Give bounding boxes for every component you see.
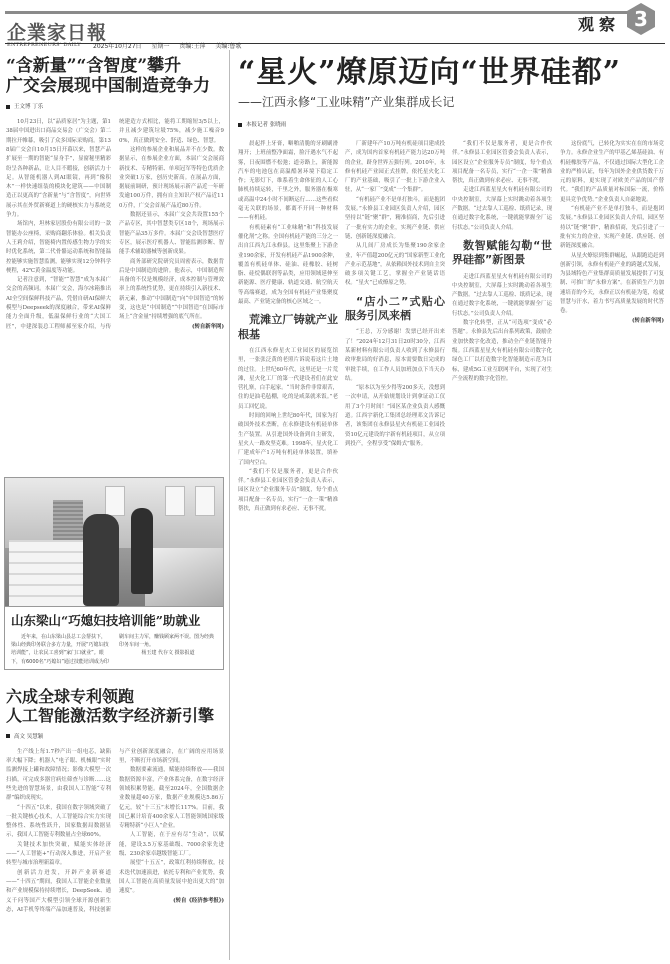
paragraph: 走进江西蓝星星火有机硅有限公司的中央控制室，大屏幕上实时跳动着各项生产数据。“过… (452, 273, 552, 319)
issue-date: 2025年10月27日 (93, 43, 142, 50)
paragraph: “原本以为至少得等200多天，没想到一次申请，从开始规划设计到拿证动工仅用了3个… (345, 384, 445, 449)
article-headline: 六成全球专利领跑 人工智能激活数字经济新引擎 (6, 688, 224, 726)
article-subheadline: ——江西永修“工业味精”产业集群成长记 (238, 93, 666, 110)
paragraph: 关键技术加快突破，赋能实体经济——“人工智能+”行动深入推进，开启产业转型与城市… (6, 841, 111, 869)
byline-text: 高文 吴慧颖 (14, 734, 43, 740)
silicon-col-3: “我们不仅是服务者，更是合作伙伴。”永修县工业园区管委会负责人表示，园区设立“企… (452, 140, 552, 960)
article-ai: 六成全球专利领跑 人工智能激活数字经济新引擎 高文 吴慧颖 生产线上每1.7秒产… (6, 688, 224, 960)
paragraph: 生产线上每1.7秒产出一组电芯，缺陷率大幅下降；机器人“电子眼、机械眼”实时监测… (6, 748, 111, 804)
headline-line: 广交会展现中国制造竞争力 (6, 76, 224, 96)
paragraph: 时间的回响上世纪80年代，国家为打破国外技术垄断，在永修建设有机硅单体生产装置。… (238, 412, 338, 468)
headline-line: 六成全球专利领跑 (6, 688, 224, 707)
paragraph: 展望“十五五”，政策红利持续释放，技术迭代加速演进，依托专利和产业优势，我国人工… (119, 859, 224, 896)
paragraph: “我们不仅是服务者，更是合作伙伴。”永修县工业园区管委会负责人表示，园区设立“企… (238, 468, 338, 514)
photo-window (105, 486, 125, 516)
square-bullet-icon (6, 105, 10, 109)
photo-window (165, 486, 185, 516)
article-canton-fair: “含新量”“含智度”攀升 广交会展现中国制造竞争力 王文博 丁乐 10月23日，… (6, 56, 224, 498)
paragraph: 从星火燎原到集群崛起，从跟跑追赶到创新引领，永修有机硅产业的跨越式发展，为县域特… (560, 252, 664, 317)
headline-line: 人工智能激活数字经济新引擎 (6, 707, 224, 726)
section-title: 观察 (578, 12, 620, 35)
photo-caption-box: 山东梁山“巧媳妇技培训能”助就业 近年来，在山东梁山县总工会帮扶下，梁山经典印务… (4, 607, 224, 670)
byline: 高文 吴慧颖 (6, 732, 224, 740)
paragraph: “王总，万分感谢！发票已经开出来了！”2024年12月31日20时30分，江西某… (345, 328, 445, 384)
photo-caption-title: 山东梁山“巧媳妇技培训能”助就业 (11, 611, 217, 629)
photo-credit: 杨玉建 代存文 摄影报道 (119, 649, 217, 657)
paragraph: “有机硅产业不是单打独斗，而是抱团发展。”永修县工业园区负责人介绍，园区坚持以“… (345, 196, 445, 242)
paragraph: 走进江西蓝星星火有机硅有限公司的中央控制室，大屏幕上实时跳动着各项生产数据。“过… (452, 186, 552, 232)
square-bullet-icon (6, 734, 10, 738)
masthead: 企業家日報 ENTREPRENEURS' DAILY 2025年10月27日 星… (5, 14, 665, 46)
article-headline: “星火”燎原迈向“世界硅都” (238, 55, 666, 90)
paragraph: 10月23日，以“品质家居”为主题，第138届中国进出口商品交易会（广交会）第二… (6, 118, 111, 220)
photo-workbench (145, 548, 224, 606)
headline-line: “含新量”“含智度”攀升 (6, 56, 224, 76)
photo-window (195, 486, 215, 516)
paragraph: “我们不仅是服务者，更是合作伙伴。”永修县工业园区管委会负责人表示，园区设立“企… (452, 140, 552, 186)
article-headline: “含新量”“含智度”攀升 广交会展现中国制造竞争力 (6, 56, 224, 96)
paragraph: 数字化转型，正从“可选项”变成“必答题”。永修县先后出台系列政策，鼓励企业加快数… (452, 319, 552, 384)
page-number-badge: 3 (625, 2, 657, 36)
paragraph: 人工智能，在于应有尽“生动”，以赋能，建设3.5万家基础级、7000余家先进级、… (119, 831, 224, 859)
paragraph: 这份底气，已转化为实实在在的市场竞争力。永修企业生产的甲基乙烯基硅油、有机硅橡胶… (560, 140, 664, 205)
page-number: 3 (625, 7, 657, 31)
article-body: 10月23日，以“品质家居”为主题，第138届中国进出口商品交易会（广交会）第二… (6, 118, 224, 498)
square-bullet-icon (238, 123, 242, 127)
paragraph: 数据还显示，本届广交会共设置155个产品专区，其中智慧类专区18个，现场展示智能… (119, 211, 224, 257)
paragraph: 从几间厂房成长为集聚190余家企业，年产值超200亿元的“国家新型工业化产业示范… (345, 242, 445, 288)
newspaper-logo: 企業家日報 (7, 18, 107, 45)
article-silicon: “星火”燎原迈向“世界硅都” ——江西永修“工业味精”产业集群成长记 本报记者 … (238, 55, 666, 136)
silicon-col-1: 晨起拌上牙膏，噼啪清脆的牙刷刷滑翔开；上班前整净面霜，脸汗遇水气不起雾，日夜围燃… (238, 140, 338, 960)
byline-text: 王文博 丁乐 (14, 104, 43, 110)
photo-caption-text: 近年来，在山东梁山县总工会帮扶下，梁山经典印务联合多方力量，开展“巧媳妇技培训能… (11, 633, 217, 666)
issue-weekday: 星期一 (151, 43, 169, 50)
byline: 王文博 丁乐 (6, 102, 224, 110)
editor-credit: 责编:王萍 (179, 43, 205, 50)
paragraph: 场馆内，坦林家居股份有限公司的一款智能办公座椅，采购商翻乐体验。相关负责人王莉介… (6, 220, 111, 276)
paragraph: 在江西永修星火工业园区的展览馆里，一张张泛黄的老照片诉说着这片土地的过往。上世纪… (238, 347, 338, 412)
silicon-col-4: 这份底气，已转化为实实在在的市场竞争力。永修企业生产的甲基乙烯基硅油、有机硅橡胶… (560, 140, 664, 960)
section-subheading: “店小二”式贴心服务引凤来栖 (345, 295, 445, 324)
photo-door (53, 500, 83, 540)
paragraph: “十四五”以来，我国在数字领域突破了一批关键核心技术，人工智能综合实力实现整体性… (6, 804, 111, 841)
paragraph: 数据要素流通，赋能持续释放——我国数据资源丰富，产业体系完备，在数字经济领域积累… (119, 766, 224, 831)
photo-worker (131, 508, 153, 594)
article-source: (转自《经济参考报》) (119, 897, 224, 906)
silicon-col-2: 厂新建年产10万吨有机硅项目建成投产，成为国内首家有机硅产能力达20万吨的企业，… (345, 140, 445, 960)
news-photo (4, 477, 224, 607)
section-subheading: 荒滩立厂铸就产业根基 (238, 313, 338, 342)
paragraph: 有机硅素有“工业味精”和“科技发展催化剂”之称。全国有机硅产能的三分之一出自江西… (238, 224, 338, 308)
article-source: (转自新华网) (119, 323, 224, 332)
paragraph: 晨起拌上牙膏，噼啪清脆的牙刷刷滑翔开；上班前整净面霜，脸汗遇水气不起雾，日夜围燃… (238, 140, 338, 224)
paragraph: 厂新建年产10万吨有机硅项目建成投产，成为国内首家有机硅产能力达20万吨的企业，… (345, 140, 445, 196)
paragraph: “有机硅产业不是单打独斗，而是抱团发展。”永修县工业园区负责人介绍，园区坚持以“… (560, 205, 664, 251)
section-subheading: 数智赋能勾勒“世界硅都”新图景 (452, 239, 552, 268)
article-body: 生产线上每1.7秒产出一组电芯，缺陷率大幅下降；机器人“电子眼、机械眼”实时监测… (6, 748, 224, 960)
header-bottom-rule (5, 43, 665, 44)
paragraph: 商务部研究院研究员周密表示，数据背后是中国制造的进阶。他表示，中国制造所具备的不… (119, 258, 224, 323)
designer-credit: 美编:鲁歌 (215, 43, 241, 50)
byline: 本报记者 张晓雨 (238, 120, 666, 128)
article-source: (转自新华网) (560, 317, 664, 326)
photo-worker (83, 514, 119, 606)
paragraph: 这样的参展企业和展品并不在少数。数据显示，在参展企业方面，本届广交会展商新技术、… (119, 146, 224, 211)
byline-text: 本报记者 张晓雨 (246, 122, 286, 128)
column-divider (229, 50, 230, 960)
